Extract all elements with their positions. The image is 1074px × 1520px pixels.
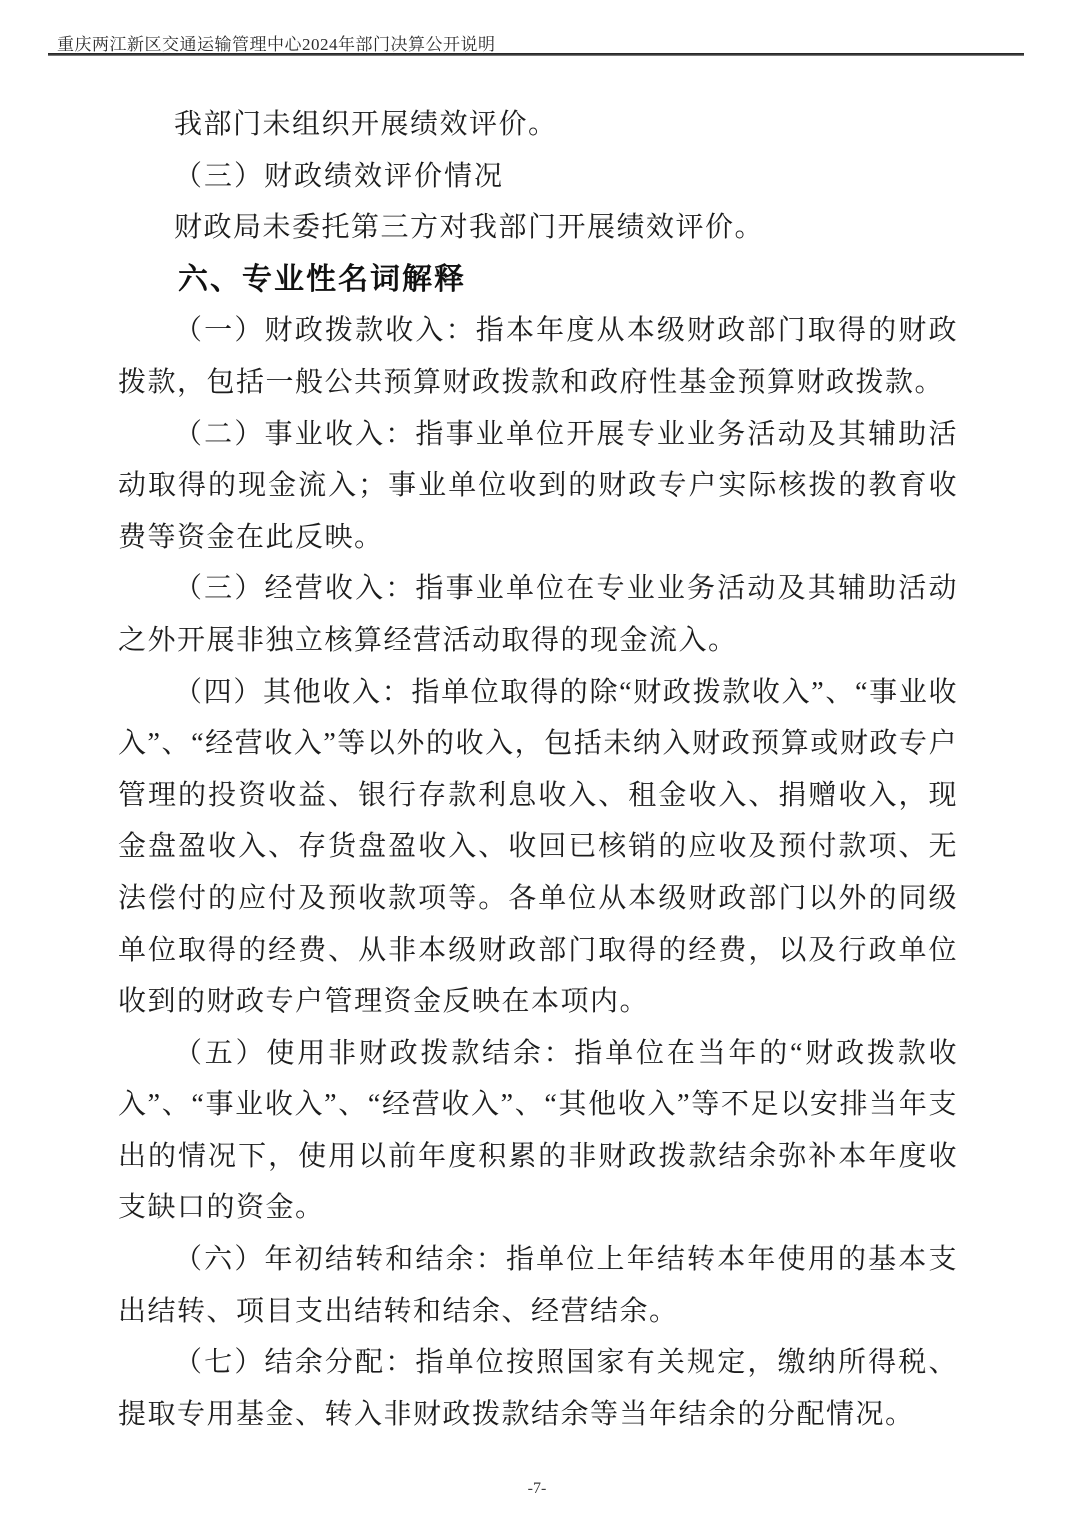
document-body: 我部门未组织开展绩效评价。 （三）财政绩效评价情况 财政局未委托第三方对我部门开… xyxy=(118,99,958,1440)
page-number: -7- xyxy=(0,1480,1074,1498)
paragraph: （七）结余分配：指单位按照国家有关规定，缴纳所得税、提取专用基金、转入非财政拨款… xyxy=(118,1337,958,1440)
paragraph: （三）经营收入：指事业单位在专业业务活动及其辅助活动之外开展非独立核算经营活动取… xyxy=(118,563,958,666)
header-divider xyxy=(48,53,1024,56)
page-header-title: 重庆两江新区交通运输管理中心2024年部门决算公开说明 xyxy=(57,30,496,55)
section-heading: 六、专业性名词解释 xyxy=(118,254,958,306)
paragraph: （二）事业收入：指事业单位开展专业业务活动及其辅助活动取得的现金流入；事业单位收… xyxy=(118,409,958,564)
paragraph: （四）其他收入：指单位取得的除“财政拨款收入”、“事业收入”、“经营收入”等以外… xyxy=(118,667,958,1028)
paragraph: （六）年初结转和结余：指单位上年结转本年使用的基本支出结转、项目支出结转和结余、… xyxy=(118,1234,958,1337)
paragraph: 财政局未委托第三方对我部门开展绩效评价。 xyxy=(118,202,958,254)
paragraph: （一）财政拨款收入：指本年度从本级财政部门取得的财政拨款，包括一般公共预算财政拨… xyxy=(118,305,958,408)
paragraph: （五）使用非财政拨款结余：指单位在当年的“财政拨款收入”、“事业收入”、“经营收… xyxy=(118,1028,958,1234)
paragraph: 我部门未组织开展绩效评价。 xyxy=(118,99,958,151)
document-page: 重庆两江新区交通运输管理中心2024年部门决算公开说明 我部门未组织开展绩效评价… xyxy=(0,0,1074,1520)
section-subheading: （三）财政绩效评价情况 xyxy=(118,151,958,203)
